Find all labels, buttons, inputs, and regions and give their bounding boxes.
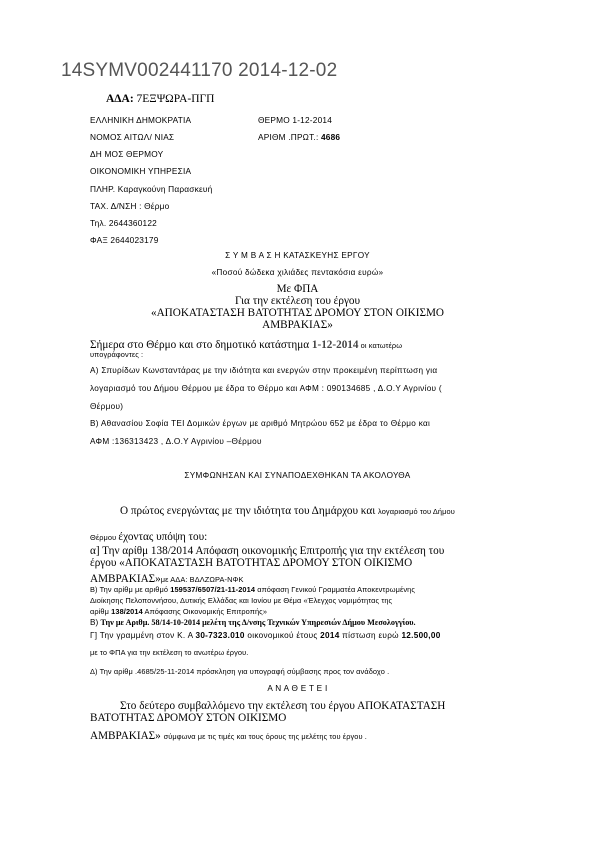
assignment-line1: Στο δεύτερο συμβαλλόμενο την εκτέλεση το…	[120, 700, 445, 712]
decision-ref: 138/2014	[111, 607, 143, 616]
consideration-a-line: α] Την αρίθμ 138/2014 Απόφαση οικονομική…	[90, 545, 444, 557]
header-line: ΔΗ ΜΟΣ ΘΕΡΜΟΥ	[90, 149, 163, 159]
consideration-a-line: έργου «ΑΠΟΚΑΤΑΣΤΑΣΗ ΒΑΤΟΤΗΤΑΣ ΔΡΟΜΟΥ ΣΤΟ…	[90, 557, 412, 569]
contract-amount: «Ποσού δώδεκα χιλιάδες πεντακόσια ευρώ»	[0, 268, 595, 277]
first-party-text: έχοντας υπόψη του:	[118, 531, 207, 543]
first-party-text: Ο πρώτος ενεργώντας με την ιδιότητα του …	[120, 505, 378, 517]
header-line: ΤΑΧ. Δ/ΝΣΗ : Θέρμο	[90, 201, 169, 211]
consideration-b-rest: απόφαση Γενικού Γραμματέα Αποκεντρωμένης	[255, 585, 415, 594]
party-b-line: ΑΦΜ :136313423 , Δ.Ο.Υ Αγρινίου –Θέρμου	[90, 437, 262, 446]
consideration-b-prefix: Β) Την αρίθμ με αριθμό	[90, 585, 170, 594]
assignment-terms: σύμφωνα με τις τιμές και τους όρους της …	[164, 732, 367, 741]
first-party-line1: Ο πρώτος ενεργώντας με την ιδιότητα του …	[120, 501, 455, 519]
consideration-b3-rest: Απόφασης Οικονομικής Επιτροπής»	[143, 607, 267, 616]
party-a-line: λογαριασμό του Δήμου Θέρμου με έδρα το Θ…	[90, 384, 442, 393]
study-reference: Την με Αριθμ. 58/14-10-2014 μελέτη της Δ…	[100, 618, 415, 627]
first-party-text-sans: Θέρμου	[90, 533, 118, 542]
fiscal-year: 2014	[320, 631, 339, 640]
consideration-d-line: Δ) Την αρίθμ .4685/25-11-2014 πρόσκληση …	[90, 667, 389, 676]
protocol-label: ΑΡΙΘΜ .ΠΡΩΤ.:	[258, 132, 318, 142]
project-name-line1: «ΑΠΟΚΑΤΑΣΤΑΣΗ ΒΑΤΟΤΗΤΑΣ ΔΡΟΜΟΥ ΣΤΟΝ ΟΙΚΙ…	[0, 307, 595, 319]
assignment-line2: ΒΑΤΟΤΗΤΑΣ ΔΡΟΜΟΥ ΣΤΟΝ ΟΙΚΙΣΜΟ	[90, 712, 286, 724]
header-line: ΟΙΚΟΝΟΜΙΚΗ ΥΠΗΡΕΣΙΑ	[90, 166, 191, 176]
assigns-heading: Α Ν Α Θ Ε Τ Ε Ι	[0, 684, 595, 693]
project-name-tail: ΑΜΒΡΑΚΙΑΣ»	[90, 730, 164, 742]
header-line: ΠΛΗΡ. Καραγκούνη Παρασκευή	[90, 184, 212, 194]
consideration-c-line2: με το ΦΠΑ για την εκτέλεση το ανωτέρω έρ…	[90, 648, 248, 657]
ada-value: 7ΕΞΨΩΡΑ-ΠΓΠ	[137, 93, 215, 105]
consideration-c-mid2: πίστωση ευρώ	[340, 631, 402, 640]
vat-note: Με ΦΠΑ	[0, 283, 595, 295]
project-name-line2: ΑΜΒΡΑΚΙΑΣ»	[0, 319, 595, 331]
project-name-tail: ΑΜΒΡΑΚΙΑΣ»	[90, 573, 161, 585]
header-line: ΦΑΞ 2644023179	[90, 235, 159, 245]
decision-number: 159537/6507/21-11-2014	[170, 585, 255, 594]
ada-label: ΑΔΑ:	[106, 93, 134, 105]
consideration-b-line: Διοίκησης Πελοποννήσου, Δυτικής Ελλάδας …	[90, 596, 392, 605]
consideration-b2-prefix: Β)	[90, 618, 100, 627]
intro-tail: οι κατωτέρω	[359, 341, 403, 350]
ada-reference: με ΑΔΑ: ΒΔΛΖΩΡΑ-ΝΦΚ	[161, 575, 244, 584]
protocol-number: 4686	[321, 132, 340, 142]
consideration-c-prefix: Γ] Την γραμμένη στον Κ. Α	[90, 631, 195, 640]
consideration-b-line: αρίθμ 138/2014 Απόφασης Οικονομικής Επιτ…	[90, 607, 267, 616]
assignment-line3: ΑΜΒΡΑΚΙΑΣ» σύμφωνα με τις τιμές και τους…	[90, 726, 367, 744]
budget-code: 30-7323.010	[195, 631, 244, 640]
header-line: ΕΛΛΗΝΙΚΗ ΔΗΜΟΚΡΑΤΙΑ	[90, 115, 191, 125]
header-line: ΝΟΜΟΣ ΑΙΤΩΛ/ ΝΙΑΣ	[90, 132, 174, 142]
protocol-line: ΑΡΙΘΜ .ΠΡΩΤ.: 4686	[258, 132, 340, 142]
first-party-text-sans: λογαριασμό του Δήμου	[378, 507, 455, 516]
consideration-c-mid: οικονομικού έτους	[245, 631, 320, 640]
consideration-b2-line: Β) Την με Αριθμ. 58/14-10-2014 μελέτη τη…	[90, 618, 416, 627]
credit-amount: 12.500,00	[401, 631, 440, 640]
party-a-line: Α) Σπυρίδων Κωνσταντάρας με την ιδιότητα…	[90, 366, 437, 375]
place-date: ΘΕΡΜΟ 1-12-2014	[258, 115, 332, 125]
document-stamp: 14SYMV002441170 2014-12-02	[61, 60, 337, 82]
agreed-heading: ΣΥΜΦΩΝΗΣΑΝ ΚΑΙ ΣΥΝΑΠΟΔΕΧΘΗΚΑΝ ΤΑ ΑΚΟΛΟΥΘ…	[0, 471, 595, 480]
purpose-line: Για την εκτέλεση του έργου	[0, 295, 595, 307]
intro-date: 1-12-2014	[312, 339, 359, 351]
intro-line2: υπογράφοντες :	[90, 350, 143, 359]
party-b-line: Β) Αθανασίου Σοφία ΤΕΙ Δομικών έργων με …	[90, 419, 430, 428]
first-party-line2: Θέρμου έχοντας υπόψη του:	[90, 527, 207, 545]
consideration-b3-prefix: αρίθμ	[90, 607, 111, 616]
contract-title: Σ Υ Μ Β Α Σ Η ΚΑΤΑΣΚΕΥΗΣ ΕΡΓΟΥ	[0, 251, 595, 260]
header-line: Τηλ. 2644360122	[90, 218, 157, 228]
ada-code: ΑΔΑ: 7ΕΞΨΩΡΑ-ΠΓΠ	[106, 93, 214, 105]
consideration-b-line: Β) Την αρίθμ με αριθμό 159537/6507/21-11…	[90, 585, 415, 594]
party-a-line: Θέρμου)	[90, 402, 123, 411]
consideration-c-line: Γ] Την γραμμένη στον Κ. Α 30-7323.010 οι…	[90, 631, 441, 640]
